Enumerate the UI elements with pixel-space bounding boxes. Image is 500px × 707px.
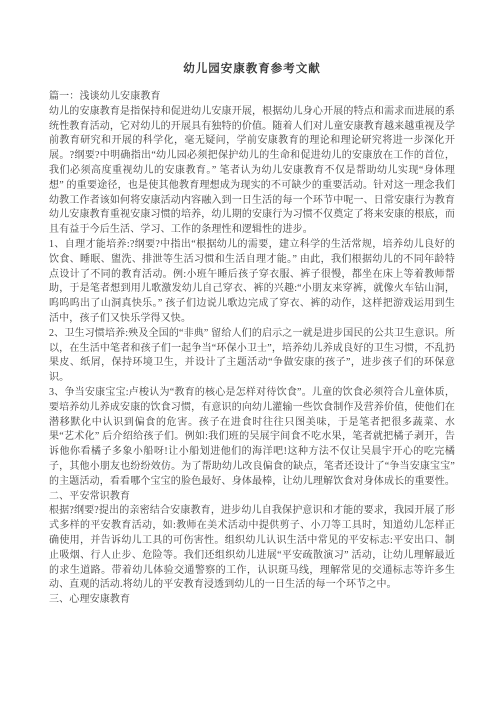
paragraph: 2、卫生习惯培养:殃及全国的“非典” 留给人们的启示之一就是进步国民的公共卫生意… <box>49 327 455 386</box>
document-title: 幼儿园安康教育参考文献 <box>49 60 455 76</box>
document-body: 篇一：浅谈幼儿安康教育幼儿的安康教育是指保持和促进幼儿安康开展，根据幼儿身心开展… <box>49 90 455 608</box>
paragraph: 三、心理安康教育 <box>49 593 455 608</box>
paragraph: 二、平安常识教育 <box>49 490 455 505</box>
paragraph: 1、自理才能培养:?纲要?中指出“根据幼儿的需要，建立科学的生活常规，培养幼儿良… <box>49 238 455 327</box>
document-page: 幼儿园安康教育参考文献 篇一：浅谈幼儿安康教育幼儿的安康教育是指保持和促进幼儿安… <box>0 0 500 707</box>
paragraph: 幼儿安康教育重视安康习惯的培养，幼儿期的安康行为习惯不仅奠定了将来安康的根底，而… <box>49 208 455 238</box>
paragraph: 幼儿的安康教育是指保持和促进幼儿安康开展，根据幼儿身心开展的特点和需求而进展的系… <box>49 105 455 209</box>
paragraph: 根据?纲要?提出的亲密结合安康教育，进步幼儿自我保护意识和才能的要求，我园开展了… <box>49 504 455 593</box>
paragraph: 篇一：浅谈幼儿安康教育 <box>49 90 455 105</box>
paragraph: 3、争当安康宝宝:卢梭认为“教育的核心是怎样对待饮食”。儿童的饮食必须符合儿童体… <box>49 386 455 490</box>
